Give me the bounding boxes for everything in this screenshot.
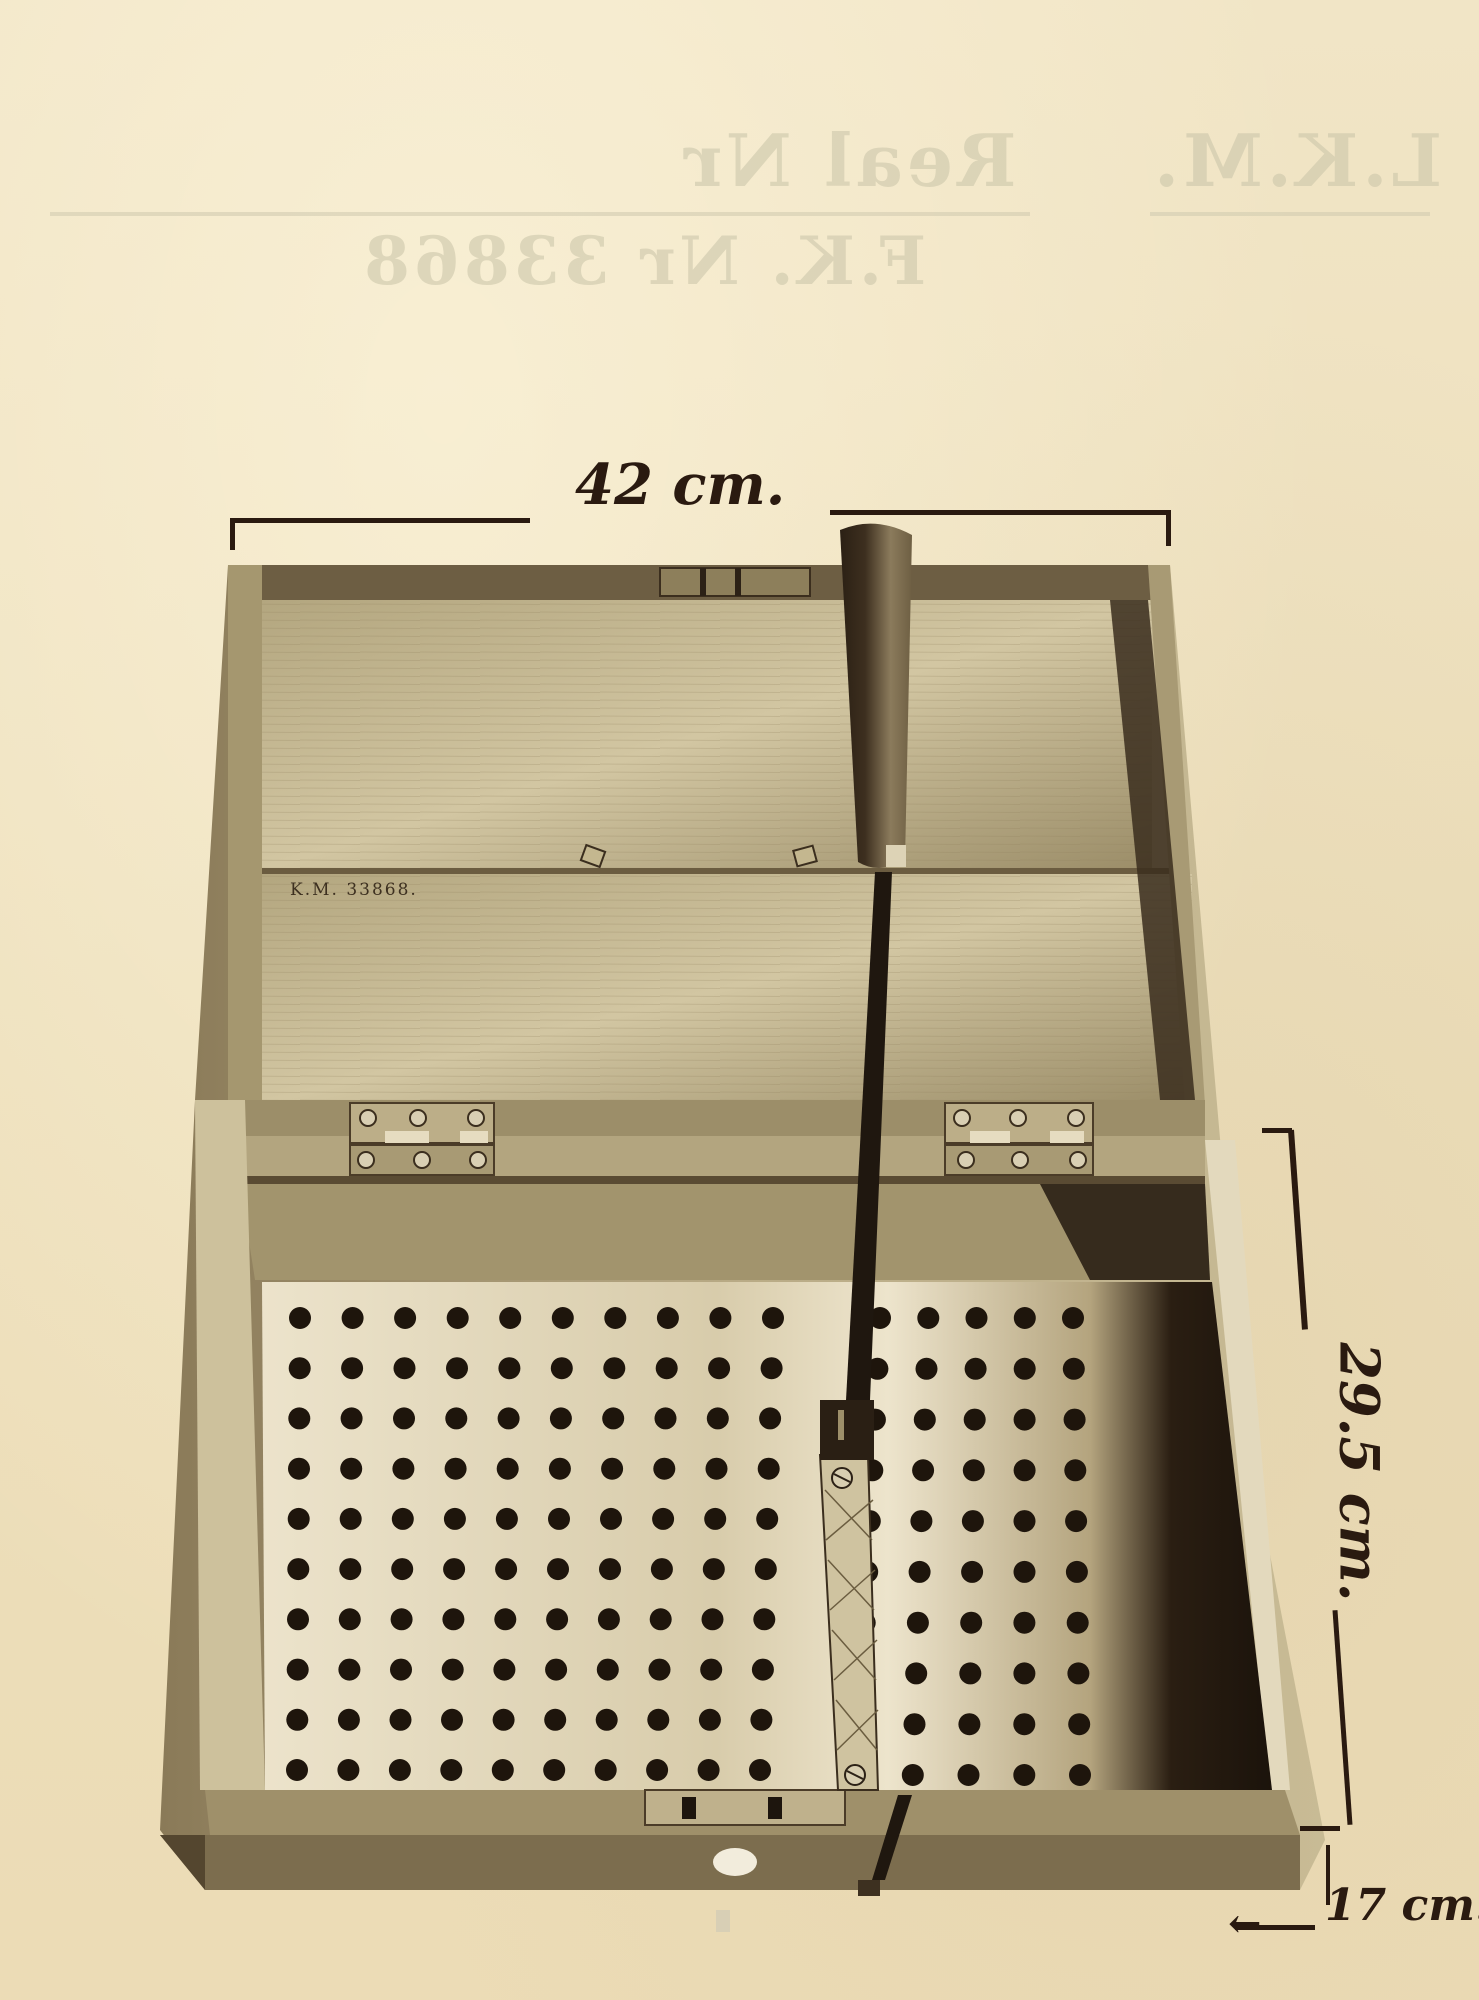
plate-hole xyxy=(750,1709,772,1731)
plate-hole xyxy=(498,1407,520,1429)
plate-hole xyxy=(1064,1409,1086,1431)
plate-hole xyxy=(549,1458,571,1480)
plate-hole xyxy=(494,1608,516,1630)
plate-hole xyxy=(445,1407,467,1429)
plate-hole xyxy=(546,1608,568,1630)
plate-hole xyxy=(650,1608,672,1630)
plate-hole xyxy=(286,1759,308,1781)
plate-hole xyxy=(339,1558,361,1580)
plate-hole xyxy=(596,1709,618,1731)
plate-hole xyxy=(287,1558,309,1580)
plate-hole xyxy=(441,1709,463,1731)
plate-hole xyxy=(289,1357,311,1379)
plate-hole xyxy=(446,1357,468,1379)
plate-hole xyxy=(604,1307,626,1329)
plate-hole xyxy=(495,1558,517,1580)
plate-hole xyxy=(1013,1713,1035,1735)
depth-dimension-tick-bottom xyxy=(1300,1826,1340,1831)
plate-hole xyxy=(1062,1307,1084,1329)
plate-hole xyxy=(552,1307,574,1329)
plate-hole xyxy=(1063,1358,1085,1380)
plate-hole xyxy=(545,1659,567,1681)
plate-hole xyxy=(445,1458,467,1480)
plate-hole xyxy=(550,1407,572,1429)
plate-hole xyxy=(706,1458,728,1480)
plate-hole xyxy=(708,1357,730,1379)
plate-hole xyxy=(656,1357,678,1379)
width-dimension-tick-left xyxy=(230,518,235,550)
plate-hole xyxy=(646,1759,668,1781)
plate-hole xyxy=(340,1458,362,1480)
plate-hole xyxy=(759,1407,781,1429)
plate-hole xyxy=(599,1558,621,1580)
plate-hole xyxy=(755,1558,777,1580)
plate-hole xyxy=(1064,1459,1086,1481)
plate-hole xyxy=(752,1659,774,1681)
plate-hole xyxy=(440,1759,462,1781)
plate-hole xyxy=(699,1709,721,1731)
plate-hole xyxy=(341,1407,363,1429)
plate-hole xyxy=(496,1508,518,1530)
plate-hole xyxy=(756,1508,778,1530)
catalog-mark: K.M. 33868. xyxy=(290,880,418,900)
plate-hole xyxy=(907,1612,929,1634)
plate-hole xyxy=(905,1662,927,1684)
plate-hole xyxy=(391,1608,413,1630)
plate-hole xyxy=(652,1508,674,1530)
plate-hole xyxy=(904,1713,926,1735)
plate-hole xyxy=(657,1307,679,1329)
plate-hole xyxy=(1014,1307,1036,1329)
plate-hole xyxy=(394,1307,416,1329)
plate-hole xyxy=(389,1759,411,1781)
height-arrowhead: ← xyxy=(1228,1900,1262,1947)
plate-hole xyxy=(1067,1662,1089,1684)
plate-hole xyxy=(655,1407,677,1429)
plate-hole xyxy=(1068,1713,1090,1735)
width-dimension-line-right xyxy=(830,510,1170,515)
plate-hole xyxy=(600,1508,622,1530)
plate-hole xyxy=(700,1659,722,1681)
plate-hole xyxy=(497,1458,519,1480)
plate-hole xyxy=(958,1764,980,1786)
plate-hole xyxy=(965,1358,987,1380)
plate-hole xyxy=(703,1558,725,1580)
plate-hole xyxy=(288,1407,310,1429)
plate-hole xyxy=(1069,1764,1091,1786)
plate-hole xyxy=(339,1608,361,1630)
plate-hole xyxy=(964,1409,986,1431)
plate-hole xyxy=(338,1709,360,1731)
plate-hole xyxy=(392,1508,414,1530)
plate-hole xyxy=(544,1709,566,1731)
plate-hole xyxy=(340,1508,362,1530)
plate-hole xyxy=(1014,1459,1036,1481)
plate-hole xyxy=(1066,1561,1088,1583)
plate-hole xyxy=(914,1409,936,1431)
plate-hole xyxy=(1014,1409,1036,1431)
plate-hole xyxy=(443,1558,465,1580)
width-label: 42 cm. xyxy=(575,452,785,518)
plate-hole xyxy=(916,1358,938,1380)
plate-hole xyxy=(498,1357,520,1379)
plate-hole xyxy=(547,1558,569,1580)
plate-hole xyxy=(912,1459,934,1481)
plate-hole xyxy=(960,1612,982,1634)
plate-hole xyxy=(341,1357,363,1379)
plate-hole xyxy=(601,1458,623,1480)
plate-hole xyxy=(493,1709,515,1731)
plate-hole xyxy=(595,1759,617,1781)
plate-hole xyxy=(287,1659,309,1681)
width-dimension-line-left xyxy=(230,518,530,523)
plate-hole xyxy=(493,1659,515,1681)
plate-hole xyxy=(902,1764,924,1786)
plate-hole xyxy=(647,1709,669,1731)
plate-hole xyxy=(962,1510,984,1532)
plate-hole xyxy=(959,1662,981,1684)
plate-hole xyxy=(961,1561,983,1583)
plate-hole xyxy=(761,1357,783,1379)
plate-hole xyxy=(602,1407,624,1429)
plate-hole xyxy=(390,1709,412,1731)
plate-hole xyxy=(649,1659,671,1681)
plate-hole xyxy=(492,1759,514,1781)
plate-hole xyxy=(704,1508,726,1530)
plate-hole xyxy=(762,1307,784,1329)
plate-hole xyxy=(288,1458,310,1480)
plate-hole xyxy=(966,1307,988,1329)
plate-hole xyxy=(337,1759,359,1781)
plate-hole xyxy=(698,1759,720,1781)
plate-hole xyxy=(653,1458,675,1480)
plate-hole xyxy=(499,1307,521,1329)
plate-hole xyxy=(709,1307,731,1329)
plate-hole xyxy=(442,1608,464,1630)
plate-hole xyxy=(551,1357,573,1379)
width-dimension-tick-right xyxy=(1166,510,1171,546)
object-photograph xyxy=(0,0,1479,2000)
plate-hole xyxy=(444,1508,466,1530)
plate-hole xyxy=(287,1608,309,1630)
plate-hole xyxy=(917,1307,939,1329)
plate-hole xyxy=(1014,1358,1036,1380)
plate-hole xyxy=(910,1510,932,1532)
plate-hole xyxy=(288,1508,310,1530)
plate-hole xyxy=(392,1458,414,1480)
plate-hole xyxy=(753,1608,775,1630)
plate-hole xyxy=(758,1458,780,1480)
plate-hole xyxy=(702,1608,724,1630)
plate-hole xyxy=(394,1357,416,1379)
plate-hole xyxy=(958,1713,980,1735)
plate-hole xyxy=(1014,1561,1036,1583)
plate-hole xyxy=(447,1307,469,1329)
plate-hole xyxy=(543,1759,565,1781)
plate-hole xyxy=(597,1659,619,1681)
plate-hole xyxy=(1013,1764,1035,1786)
plate-hole xyxy=(749,1759,771,1781)
plate-hole xyxy=(548,1508,570,1530)
plate-hole xyxy=(598,1608,620,1630)
plate-hole xyxy=(707,1407,729,1429)
plate-hole xyxy=(963,1459,985,1481)
height-label: 17 cm. xyxy=(1325,1880,1479,1931)
plate-hole xyxy=(651,1558,673,1580)
plate-hole xyxy=(393,1407,415,1429)
plate-hole xyxy=(391,1558,413,1580)
plate-hole xyxy=(1014,1510,1036,1532)
plate-hole xyxy=(442,1659,464,1681)
plate-hole xyxy=(1065,1510,1087,1532)
plate-hole xyxy=(1013,1612,1035,1634)
plate-hole xyxy=(338,1659,360,1681)
plate-hole xyxy=(909,1561,931,1583)
plate-hole xyxy=(342,1307,364,1329)
plate-hole xyxy=(286,1709,308,1731)
depth-label: 29.5 cm. xyxy=(1328,1342,1392,1601)
plate-hole xyxy=(603,1357,625,1379)
plate-hole xyxy=(390,1659,412,1681)
plate-hole xyxy=(1067,1612,1089,1634)
plate-hole xyxy=(289,1307,311,1329)
plate-hole xyxy=(1013,1662,1035,1684)
